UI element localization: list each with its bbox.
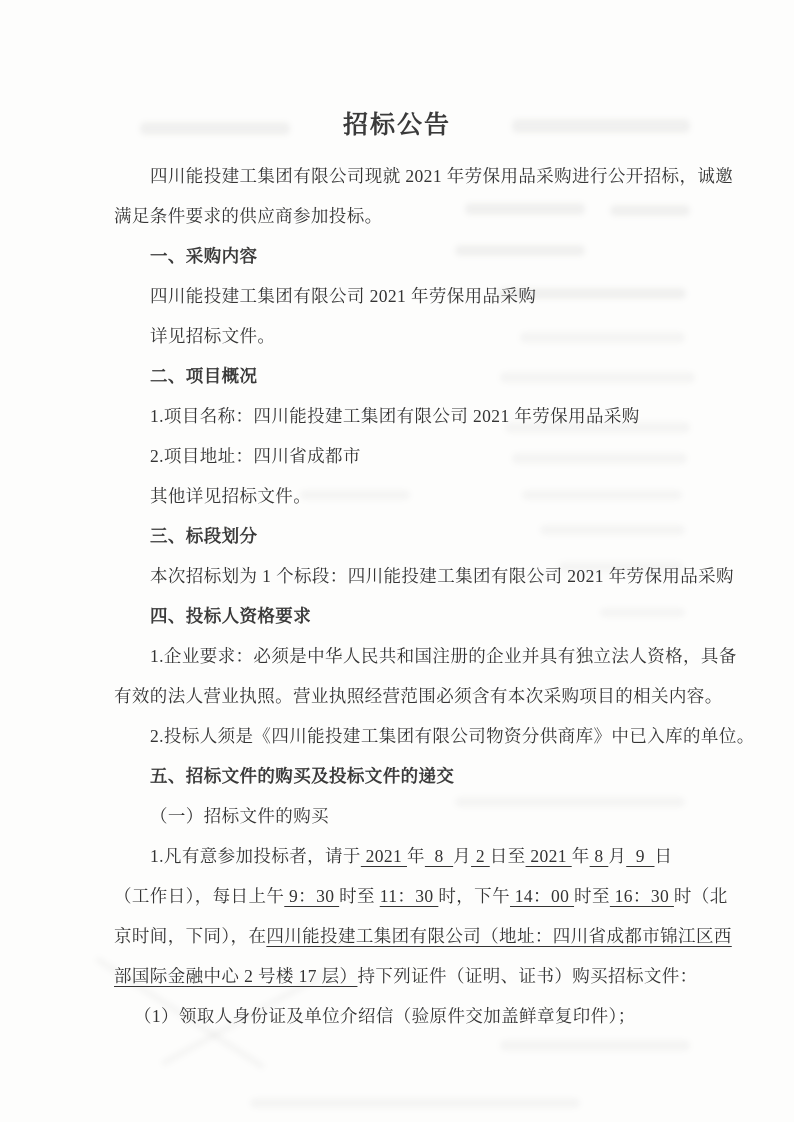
section-heading-3-lot-division: 三、标段划分 — [114, 516, 690, 556]
qualification-line-2: 有效的法人营业执照。营业执照经营范围必须含有本次采购项目的相关内容。 — [114, 676, 690, 716]
other-details-line: 其他详见招标文件。 — [114, 476, 690, 516]
scanned-document-page: 招标公告 四川能投建工集团有限公司现就 2021 年劳保用品采购进行公开招标，诚… — [0, 0, 794, 1122]
project-address-line: 2.项目地址：四川省成都市 — [114, 436, 690, 476]
intro-line-1: 四川能投建工集团有限公司现就 2021 年劳保用品采购进行公开招标，诚邀 — [114, 156, 690, 196]
purchase-location-line-2: 部国际金融中心 2 号楼 17 层）持下列证件（证明、证书）购买招标文件： — [114, 956, 690, 996]
required-certificate-line: （1）领取人身份证及单位介绍信（验原件交加盖鲜章复印件）； — [114, 996, 690, 1036]
procurement-content-line: 四川能投建工集团有限公司 2021 年劳保用品采购 — [114, 276, 690, 316]
section-heading-2-project-overview: 二、项目概况 — [114, 356, 690, 396]
purchase-location-line-1: 京时间，下同），在四川能投建工集团有限公司（地址：四川省成都市锦江区西 — [114, 916, 690, 956]
section-heading-1-procurement-content: 一、采购内容 — [114, 236, 690, 276]
intro-line-2: 满足条件要求的供应商参加投标。 — [114, 196, 690, 236]
purchase-time-line: （工作日），每日上午 9：30 时至 11：30 时，下午 14：00 时至 1… — [114, 876, 690, 916]
section-heading-5-purchase-and-submission: 五、招标文件的购买及投标文件的递交 — [114, 756, 690, 796]
see-tender-docs-line: 详见招标文件。 — [114, 316, 690, 356]
document-title: 招标公告 — [0, 106, 794, 146]
lot-division-line: 本次招标划为 1 个标段：四川能投建工集团有限公司 2021 年劳保用品采购 — [114, 556, 690, 596]
section-heading-4-bidder-qualification: 四、投标人资格要求 — [114, 596, 690, 636]
qualification-line-3: 2.投标人须是《四川能投建工集团有限公司物资分供商库》中已入库的单位。 — [114, 716, 690, 756]
purchase-date-line: 1.凡有意参加投标者，请于 2021 年 8 月 2 日至 2021 年 8 月… — [114, 836, 690, 876]
project-name-line: 1.项目名称：四川能投建工集团有限公司 2021 年劳保用品采购 — [114, 396, 690, 436]
qualification-line-1: 1.企业要求：必须是中华人民共和国注册的企业并具有独立法人资格，具备 — [114, 636, 690, 676]
subsection-heading-purchase: （一）招标文件的购买 — [114, 796, 690, 836]
scan-artifact — [250, 1098, 580, 1108]
scan-artifact — [500, 1040, 690, 1051]
document-body: 四川能投建工集团有限公司现就 2021 年劳保用品采购进行公开招标，诚邀 满足条… — [114, 156, 690, 1036]
